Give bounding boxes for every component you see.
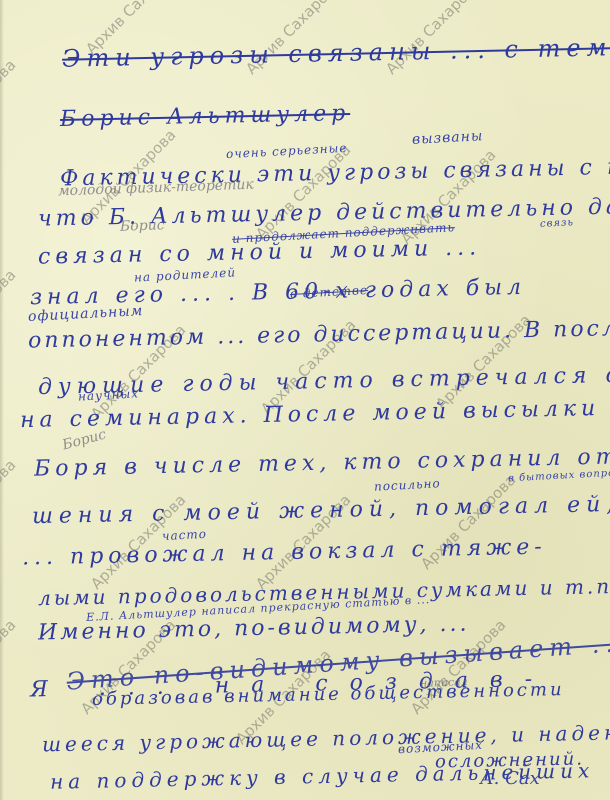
- page-edge: [0, 0, 4, 800]
- signature: А. Сах: [480, 768, 540, 789]
- annotation: связь: [540, 217, 574, 230]
- pencil-annotation: Борис: [120, 217, 165, 235]
- pencil-annotation: написал: [420, 675, 468, 690]
- annotation: часто: [162, 527, 208, 543]
